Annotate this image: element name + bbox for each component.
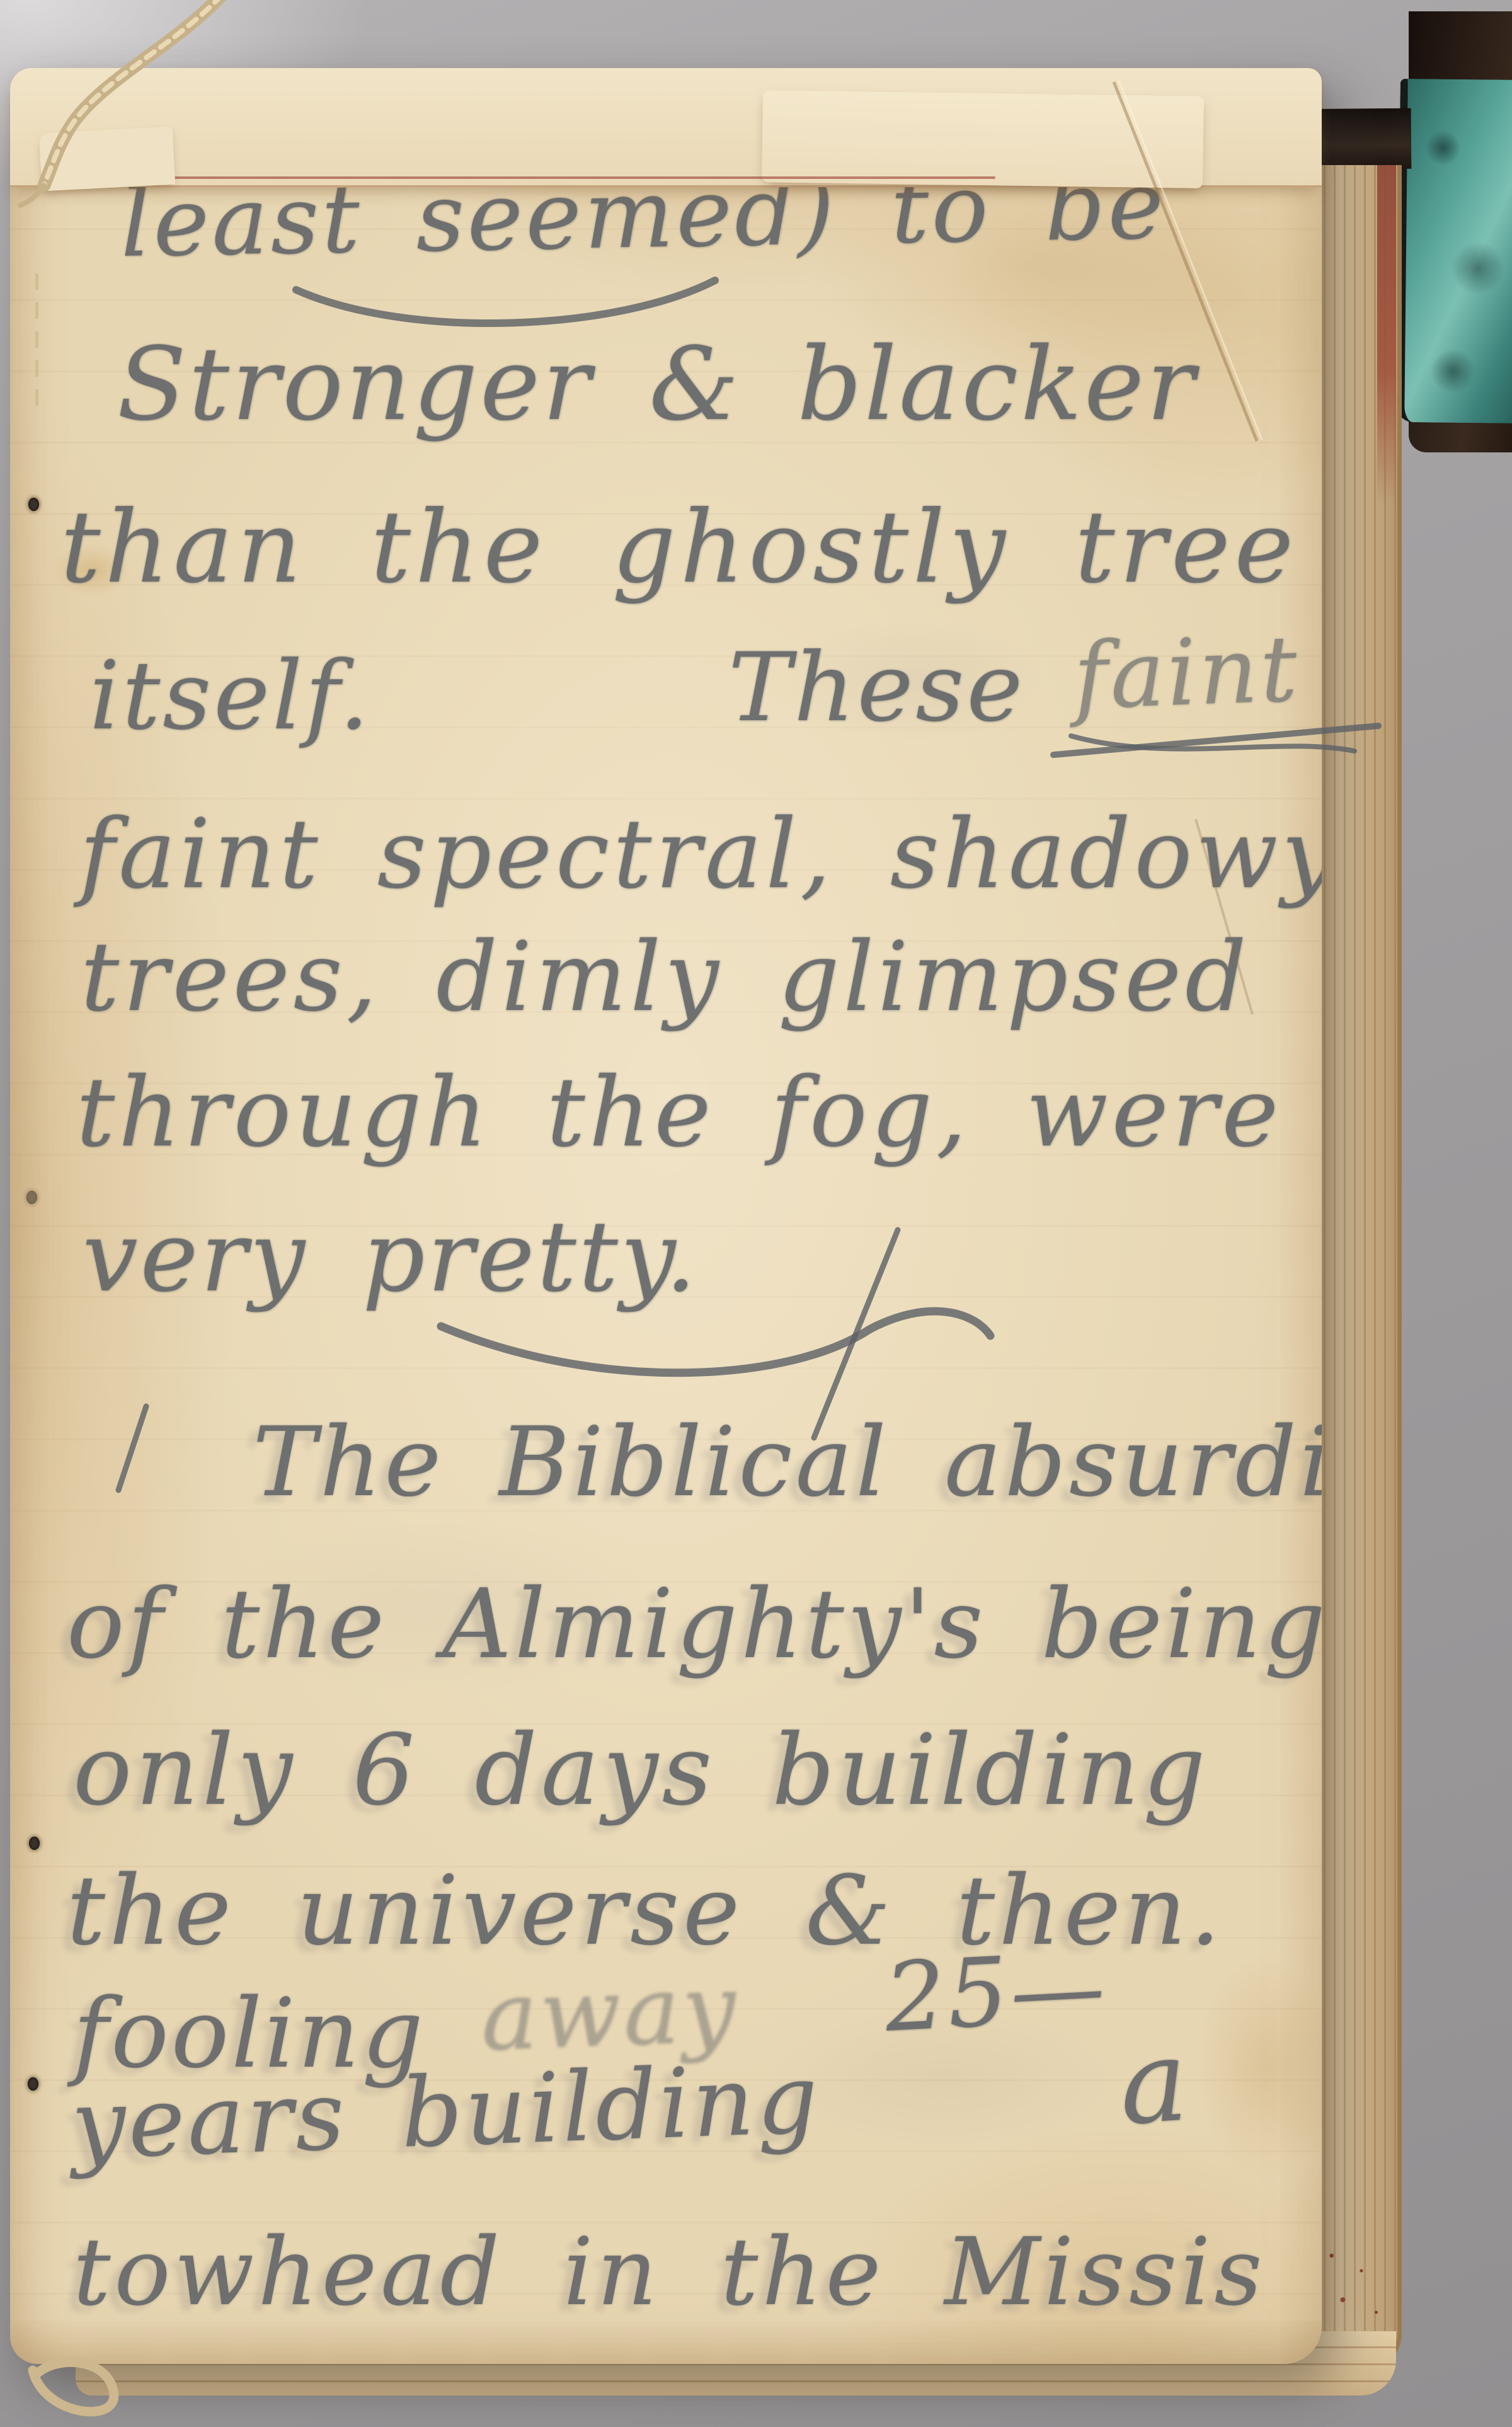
hw-line-14a: years building	[70, 2051, 822, 2173]
hw-line-9: The Biblical absurdity—	[253, 1414, 1322, 1510]
binding-hole	[28, 2077, 38, 2091]
binding-stitches	[35, 273, 38, 418]
hw-line-4a: itself.	[89, 649, 372, 743]
teal-cover-board	[1397, 79, 1512, 423]
hw-line-5: faint spectral, shadowy	[79, 806, 1322, 902]
second-top-flap	[762, 90, 1204, 188]
hw-line-4b: These	[728, 641, 1025, 735]
binding-hole	[28, 498, 39, 511]
hw-line-10: of the Almighty's being	[67, 1576, 1322, 1672]
hw-line-2: Stronger & blacker	[117, 334, 1197, 435]
top-left-paper-tab	[39, 127, 176, 192]
notebook-photo: least seemed) to be Stronger & blacker t…	[0, 0, 1512, 2427]
hw-line-15: towhead in the Missis	[73, 2225, 1266, 2319]
red-edge-hairline	[69, 176, 995, 179]
binding-hole	[29, 1837, 40, 1850]
hw-word-faint-struck: faint	[1072, 624, 1301, 723]
hw-line-13c: 25—	[883, 1940, 1109, 2046]
hw-line-8: very pretty.	[83, 1208, 699, 1305]
hw-line-6: trees, dimly glimpsed	[81, 929, 1250, 1025]
hw-line-7: through the fog, were	[76, 1065, 1282, 1161]
hw-line-3: than the ghostly tree	[60, 498, 1298, 597]
red-dyed-edge	[1377, 165, 1396, 505]
hw-line-11: only 6 days building	[73, 1721, 1209, 1819]
binding-hole	[26, 1191, 37, 1204]
hw-word-a-raised: a	[1116, 2024, 1194, 2142]
notebook-page: least seemed) to be Stronger & blacker t…	[10, 71, 1322, 2364]
